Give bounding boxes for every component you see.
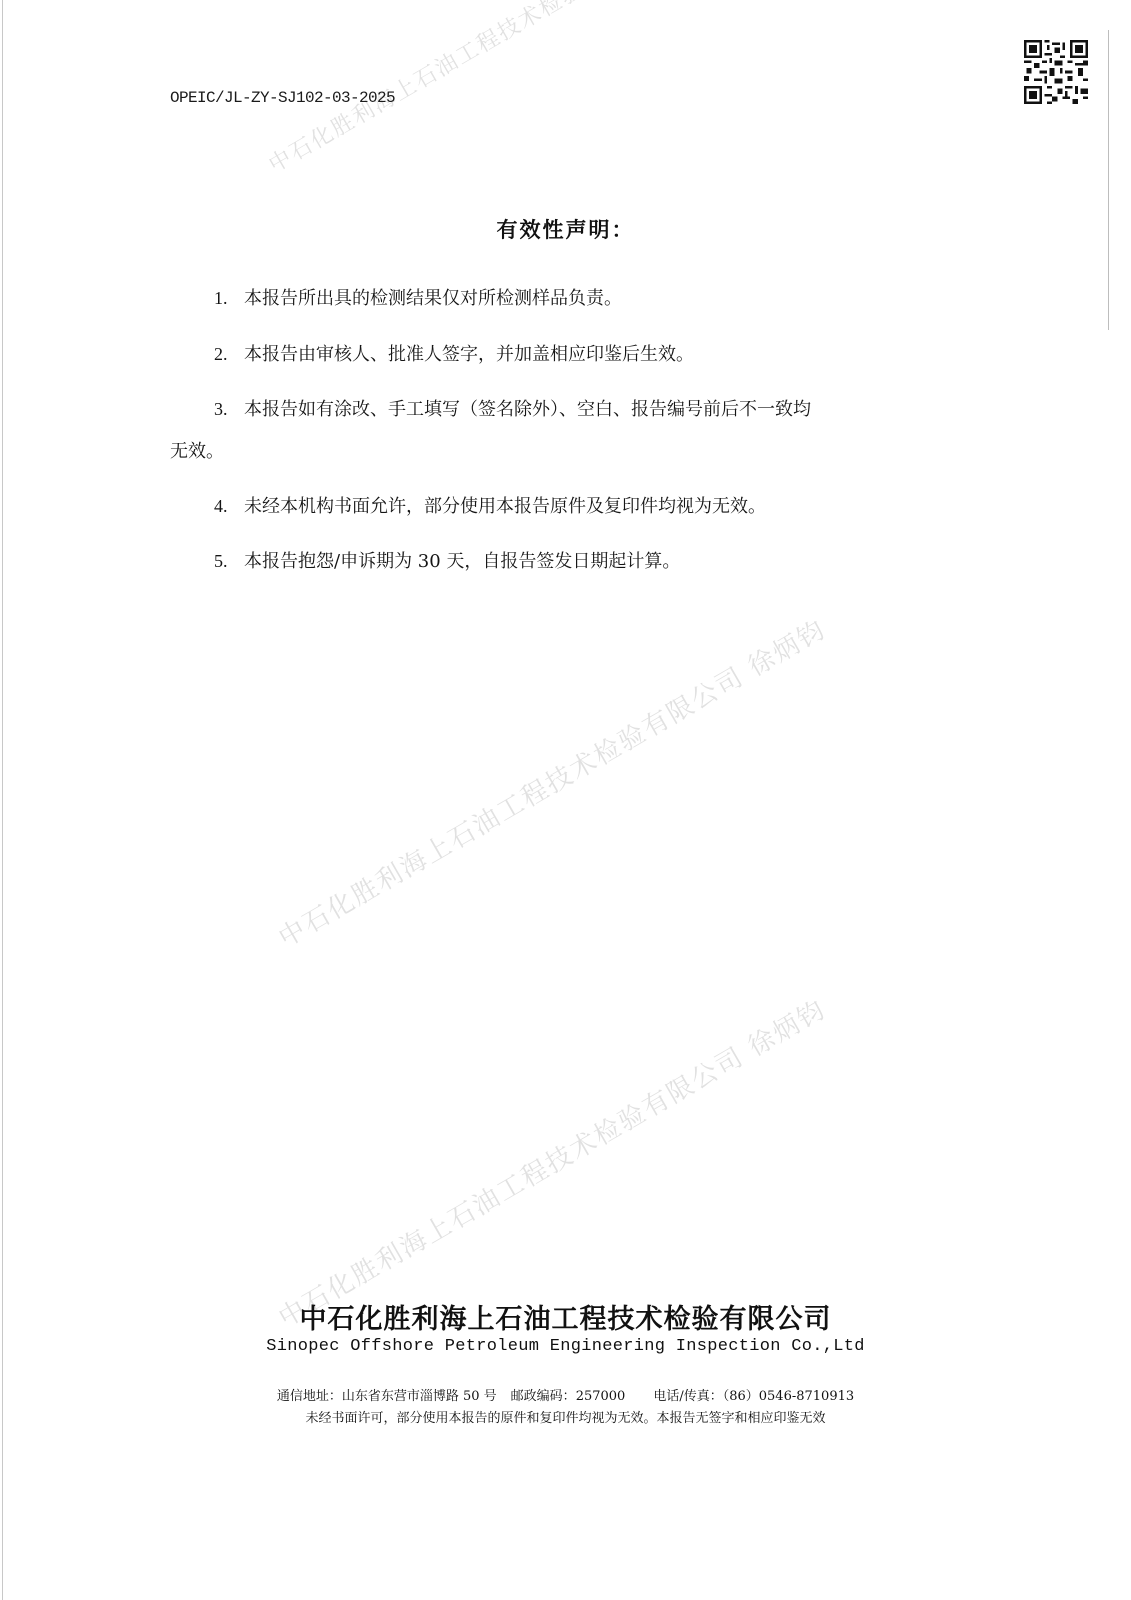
clause-number: 3. <box>214 398 244 420</box>
phone-label: 电话/传真： <box>653 1389 722 1404</box>
clause-number: 1. <box>214 287 244 309</box>
clause-number: 5. <box>214 550 244 572</box>
page-title: 有效性声明： <box>0 214 1131 244</box>
clause-text: 本报告如有涂改、手工填写（签名除外）、空白、报告编号前后不一致均 <box>244 399 811 420</box>
clause-5: 5.本报告抱怨/申诉期为 30 天，自报告签发日期起计算。 <box>214 550 680 573</box>
clause-text: 本报告所出具的检测结果仅对所检测样品负责。 <box>244 288 622 309</box>
clause-text: 未经本机构书面允许，部分使用本报告原件及复印件均视为无效。 <box>244 496 766 517</box>
clause-number: 4. <box>214 495 244 517</box>
clause-3: 3.本报告如有涂改、手工填写（签名除外）、空白、报告编号前后不一致均 <box>214 398 811 421</box>
qr-code-icon <box>1024 40 1088 104</box>
clause-4: 4.未经本机构书面允许，部分使用本报告原件及复印件均视为无效。 <box>214 495 766 518</box>
postcode-label: 邮政编码： <box>511 1389 576 1404</box>
clause-text: 本报告由审核人、批准人签字，并加盖相应印鉴后生效。 <box>244 344 694 365</box>
page-edge-right <box>1108 30 1109 330</box>
address-label: 通信地址： <box>277 1389 342 1404</box>
document-code: OPEIC/JL-ZY-SJ102-03-2025 <box>170 89 395 107</box>
postcode: 257000 <box>576 1389 626 1404</box>
footer-notice: 未经书面许可，部分使用本报告的原件和复印件均视为无效。本报告无签字和相应印鉴无效 <box>0 1407 1131 1426</box>
phone: （86）0546-8710913 <box>723 1389 854 1404</box>
footer-contact: 通信地址：山东省东营市淄博路 50 号邮政编码：257000电话/传真：（86）… <box>0 1385 1131 1404</box>
clause-text: 本报告抱怨/申诉期为 30 天，自报告签发日期起计算。 <box>244 551 680 572</box>
clause-3-continuation: 无效。 <box>170 441 224 463</box>
clause-number: 2. <box>214 343 244 365</box>
clause-1: 1.本报告所出具的检测结果仅对所检测样品负责。 <box>214 287 622 310</box>
watermark-bottom: 中石化胜利海上石油工程技术检验有限公司 徐炳钧 <box>271 989 832 1334</box>
watermark-middle: 中石化胜利海上石油工程技术检验有限公司 徐炳钧 <box>271 609 832 954</box>
company-name-en: Sinopec Offshore Petroleum Engineering I… <box>0 1337 1131 1356</box>
address: 山东省东营市淄博路 50 号 <box>342 1389 497 1404</box>
clause-2: 2.本报告由审核人、批准人签字，并加盖相应印鉴后生效。 <box>214 343 694 366</box>
company-name-cn: 中石化胜利海上石油工程技术检验有限公司 <box>0 1297 1131 1336</box>
